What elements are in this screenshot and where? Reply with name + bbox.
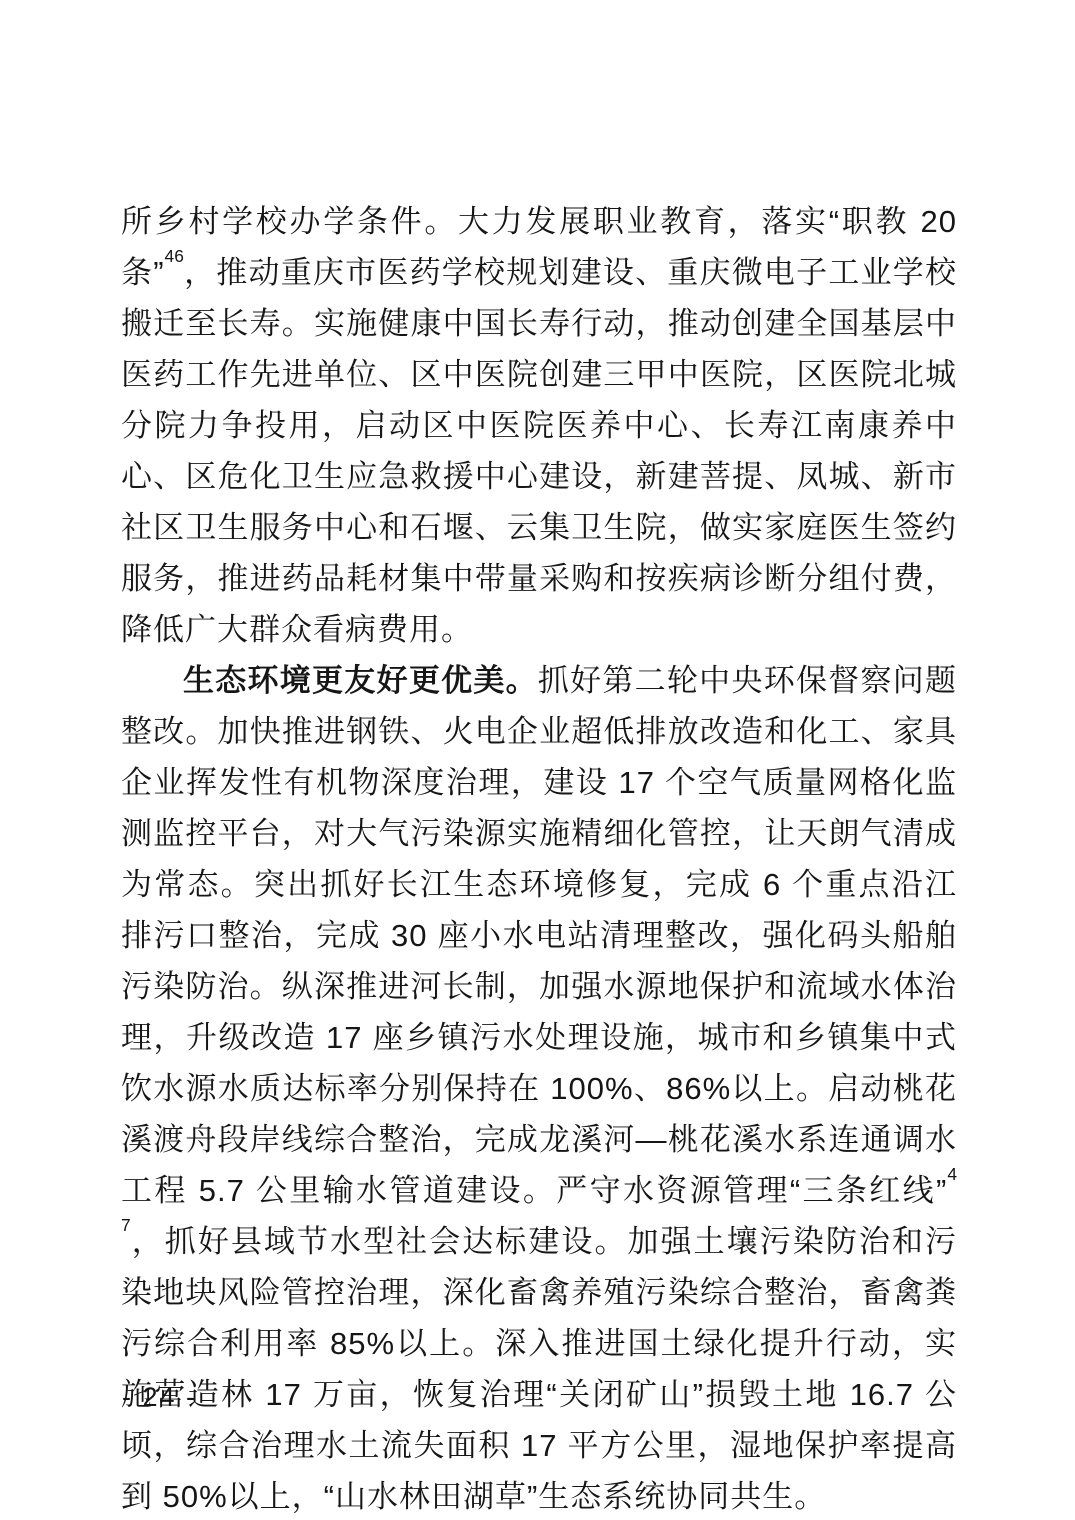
paragraph-education-health: 所乡村学校办学条件。大力发展职业教育，落实“职教 20 条”46，推动重庆市医药… (121, 196, 957, 655)
footnote-ref-46: 46 (165, 246, 184, 266)
page-number: - 24 - (122, 1382, 197, 1413)
paragraph-text: ，推动重庆市医药学校规划建设、重庆微电子工业学校搬迁至长寿。实施健康中国长寿行动… (121, 255, 957, 647)
paragraph-text: ，抓好县域节水型社会达标建设。加强土壤污染防治和污染地块风险管控治理，深化畜禽养… (121, 1224, 957, 1514)
paragraph-lead-bold: 生态环境更友好更优美。 (183, 663, 538, 698)
paragraph-ecology: 生态环境更友好更优美。抓好第二轮中央环保督察问题整改。加快推进钢铁、火电企业超低… (121, 655, 957, 1520)
paragraph-text: 抓好第二轮中央环保督察问题整改。加快推进钢铁、火电企业超低排放改造和化工、家具企… (121, 663, 957, 1208)
document-body: 所乡村学校办学条件。大力发展职业教育，落实“职教 20 条”46，推动重庆市医药… (121, 196, 957, 1520)
document-page: 所乡村学校办学条件。大力发展职业教育，落实“职教 20 条”46，推动重庆市医药… (0, 0, 1075, 1520)
